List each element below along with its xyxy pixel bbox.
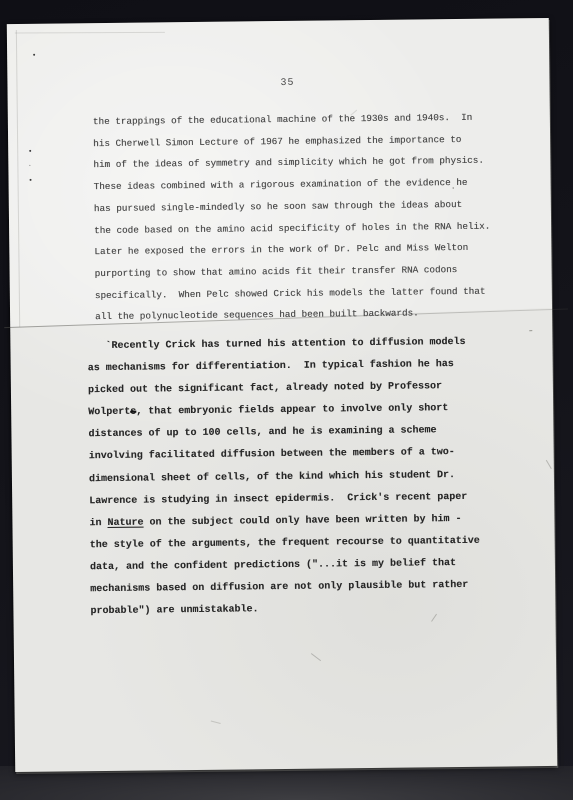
text-segment: Wolpert xyxy=(88,407,130,418)
ink-speck xyxy=(529,330,532,331)
page-number: 35 xyxy=(280,78,294,89)
text-segment: on the subject could only have been writ… xyxy=(143,514,461,529)
text-segment: as mechanisms for differentiation. In ty… xyxy=(88,359,454,374)
ink-speck xyxy=(30,179,32,181)
text-segment: `Recently Crick has turned his attention… xyxy=(87,337,465,352)
text-segment: the trappings of the educational machine… xyxy=(93,112,472,127)
ink-speck xyxy=(29,150,31,152)
paper-scratch xyxy=(546,460,552,469)
typed-paragraph-upper: the trappings of the educational machine… xyxy=(93,107,492,329)
text-segment: his Cherwell Simon Lecture of 1967 he em… xyxy=(93,134,461,149)
text-segment: specifically. When Pelc showed Crick his… xyxy=(95,285,486,300)
document-page: 35 the trappings of the educational mach… xyxy=(7,18,557,772)
text-segment: These ideas combined with a rigorous exa… xyxy=(94,177,468,192)
text-segment: dimensional sheet of cells, of the kind … xyxy=(89,470,455,485)
text-segment: has pursued single-mindedly so he soon s… xyxy=(94,199,462,214)
paper-scratch xyxy=(311,653,321,661)
paper-scratch xyxy=(211,721,221,724)
text-segment: purporting to show that amino acids fit … xyxy=(95,264,458,279)
scanned-photo-backdrop: 35 the trappings of the educational mach… xyxy=(0,0,573,800)
text-segment: in xyxy=(89,518,107,529)
text-segment: picked out the significant fact, already… xyxy=(88,381,442,396)
text-segment: mechanisms based on diffusion are not on… xyxy=(90,580,468,595)
ink-speck xyxy=(29,165,30,166)
text-segment: distances of up to 100 cells, and he is … xyxy=(88,426,436,441)
text-line: mechanisms based on diffusion are not on… xyxy=(90,575,480,602)
text-segment: the code based on the amino acid specifi… xyxy=(94,220,490,235)
text-segment: Lawrence is studying in insect epidermis… xyxy=(89,492,467,507)
text-segment: probable") are unmistakable. xyxy=(90,604,258,617)
text-line: all the polynucleotide sequences had bee… xyxy=(95,302,491,328)
text-segment: data, and the confident predictions ("..… xyxy=(90,558,456,573)
underlined-journal-name: Nature xyxy=(107,517,143,528)
text-segment: the style of the arguments, the frequent… xyxy=(90,536,480,551)
text-segment: him of the ideas of symmetry and simplic… xyxy=(93,155,484,170)
text-line: probable") are unmistakable. xyxy=(90,597,480,624)
text-segment: , that embryonic fields appear to involv… xyxy=(136,403,448,418)
ink-speck xyxy=(453,187,454,189)
text-segment: involving facilitated diffusion between … xyxy=(89,448,455,463)
text-segment: all the polynucleotide sequences had bee… xyxy=(95,308,419,323)
ink-speck xyxy=(33,54,35,56)
text-segment: Later he exposed the errors in the work … xyxy=(94,242,468,257)
typed-paragraph-lower: `Recently Crick has turned his attention… xyxy=(87,332,480,624)
